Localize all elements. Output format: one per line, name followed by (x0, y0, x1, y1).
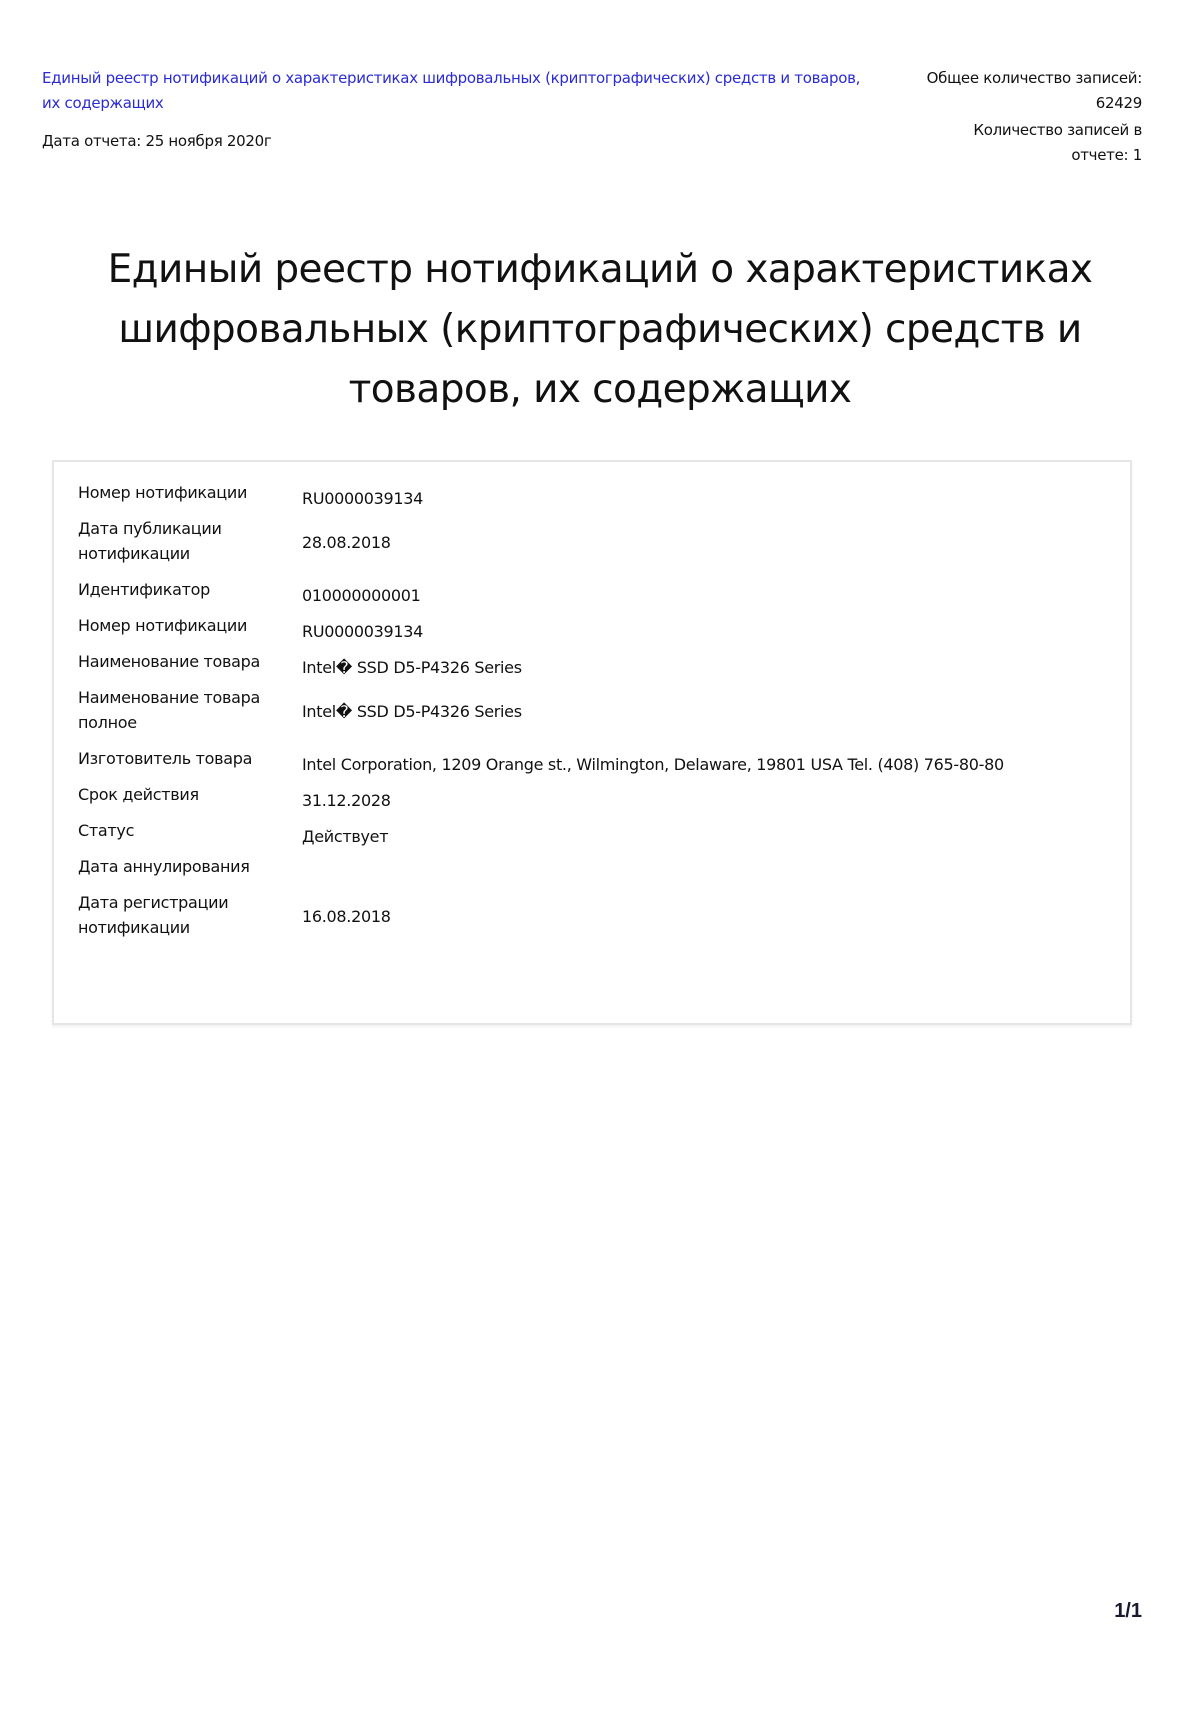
page-title: Единый реестр нотификаций о характеристи… (80, 240, 1120, 420)
field-label: Наименование товара (78, 645, 302, 681)
table-row: Срок действия31.12.2028 (78, 778, 1004, 814)
total-records: Общее количество записей: 62429 (882, 66, 1142, 116)
table-row: Номер нотификацииRU0000039134 (78, 476, 1004, 512)
field-label: Идентификатор (78, 573, 302, 609)
report-header-right: Общее количество записей: 62429 Количест… (882, 66, 1142, 168)
field-label: Статус (78, 814, 302, 850)
table-row: Изготовитель товараIntel Corporation, 12… (78, 742, 1004, 778)
report-records: Количество записей в отчете: 1 (882, 118, 1142, 168)
table-row: Номер нотификацииRU0000039134 (78, 609, 1004, 645)
record-fields-table: Номер нотификацииRU0000039134Дата публик… (78, 476, 1004, 947)
field-value: Действует (302, 814, 1004, 850)
field-value: 16.08.2018 (302, 886, 1004, 947)
field-label: Номер нотификации (78, 609, 302, 645)
table-row: Наименование товараIntel� SSD D5-P4326 S… (78, 645, 1004, 681)
registry-link[interactable]: Единый реестр нотификаций о характеристи… (42, 66, 872, 116)
table-row: Дата аннулирования (78, 850, 1004, 886)
report-records-label: Количество записей в (882, 118, 1142, 143)
total-records-value: 62429 (882, 91, 1142, 116)
field-value: 31.12.2028 (302, 778, 1004, 814)
field-label: Наименование товара полное (78, 681, 302, 742)
report-date: Дата отчета: 25 ноября 2020г (42, 130, 872, 152)
field-value (302, 850, 1004, 886)
field-label: Дата публикации нотификации (78, 512, 302, 573)
table-row: Идентификатор010000000001 (78, 573, 1004, 609)
total-records-label: Общее количество записей: (882, 66, 1142, 91)
field-label: Дата регистрации нотификации (78, 886, 302, 947)
field-value: Intel Corporation, 1209 Orange st., Wilm… (302, 742, 1004, 778)
report-header-left: Единый реестр нотификаций о характеристи… (42, 66, 872, 152)
record-card: Номер нотификацииRU0000039134Дата публик… (52, 460, 1132, 1025)
field-label: Дата аннулирования (78, 850, 302, 886)
page-number: 1/1 (1114, 1600, 1142, 1623)
field-value: RU0000039134 (302, 609, 1004, 645)
field-value: RU0000039134 (302, 476, 1004, 512)
field-value: Intel� SSD D5-P4326 Series (302, 681, 1004, 742)
table-row: СтатусДействует (78, 814, 1004, 850)
report-records-value: отчете: 1 (882, 143, 1142, 168)
field-label: Срок действия (78, 778, 302, 814)
field-value: 010000000001 (302, 573, 1004, 609)
field-label: Номер нотификации (78, 476, 302, 512)
table-row: Наименование товара полноеIntel� SSD D5-… (78, 681, 1004, 742)
field-label: Изготовитель товара (78, 742, 302, 778)
table-row: Дата регистрации нотификации16.08.2018 (78, 886, 1004, 947)
field-value: Intel� SSD D5-P4326 Series (302, 645, 1004, 681)
field-value: 28.08.2018 (302, 512, 1004, 573)
table-row: Дата публикации нотификации28.08.2018 (78, 512, 1004, 573)
